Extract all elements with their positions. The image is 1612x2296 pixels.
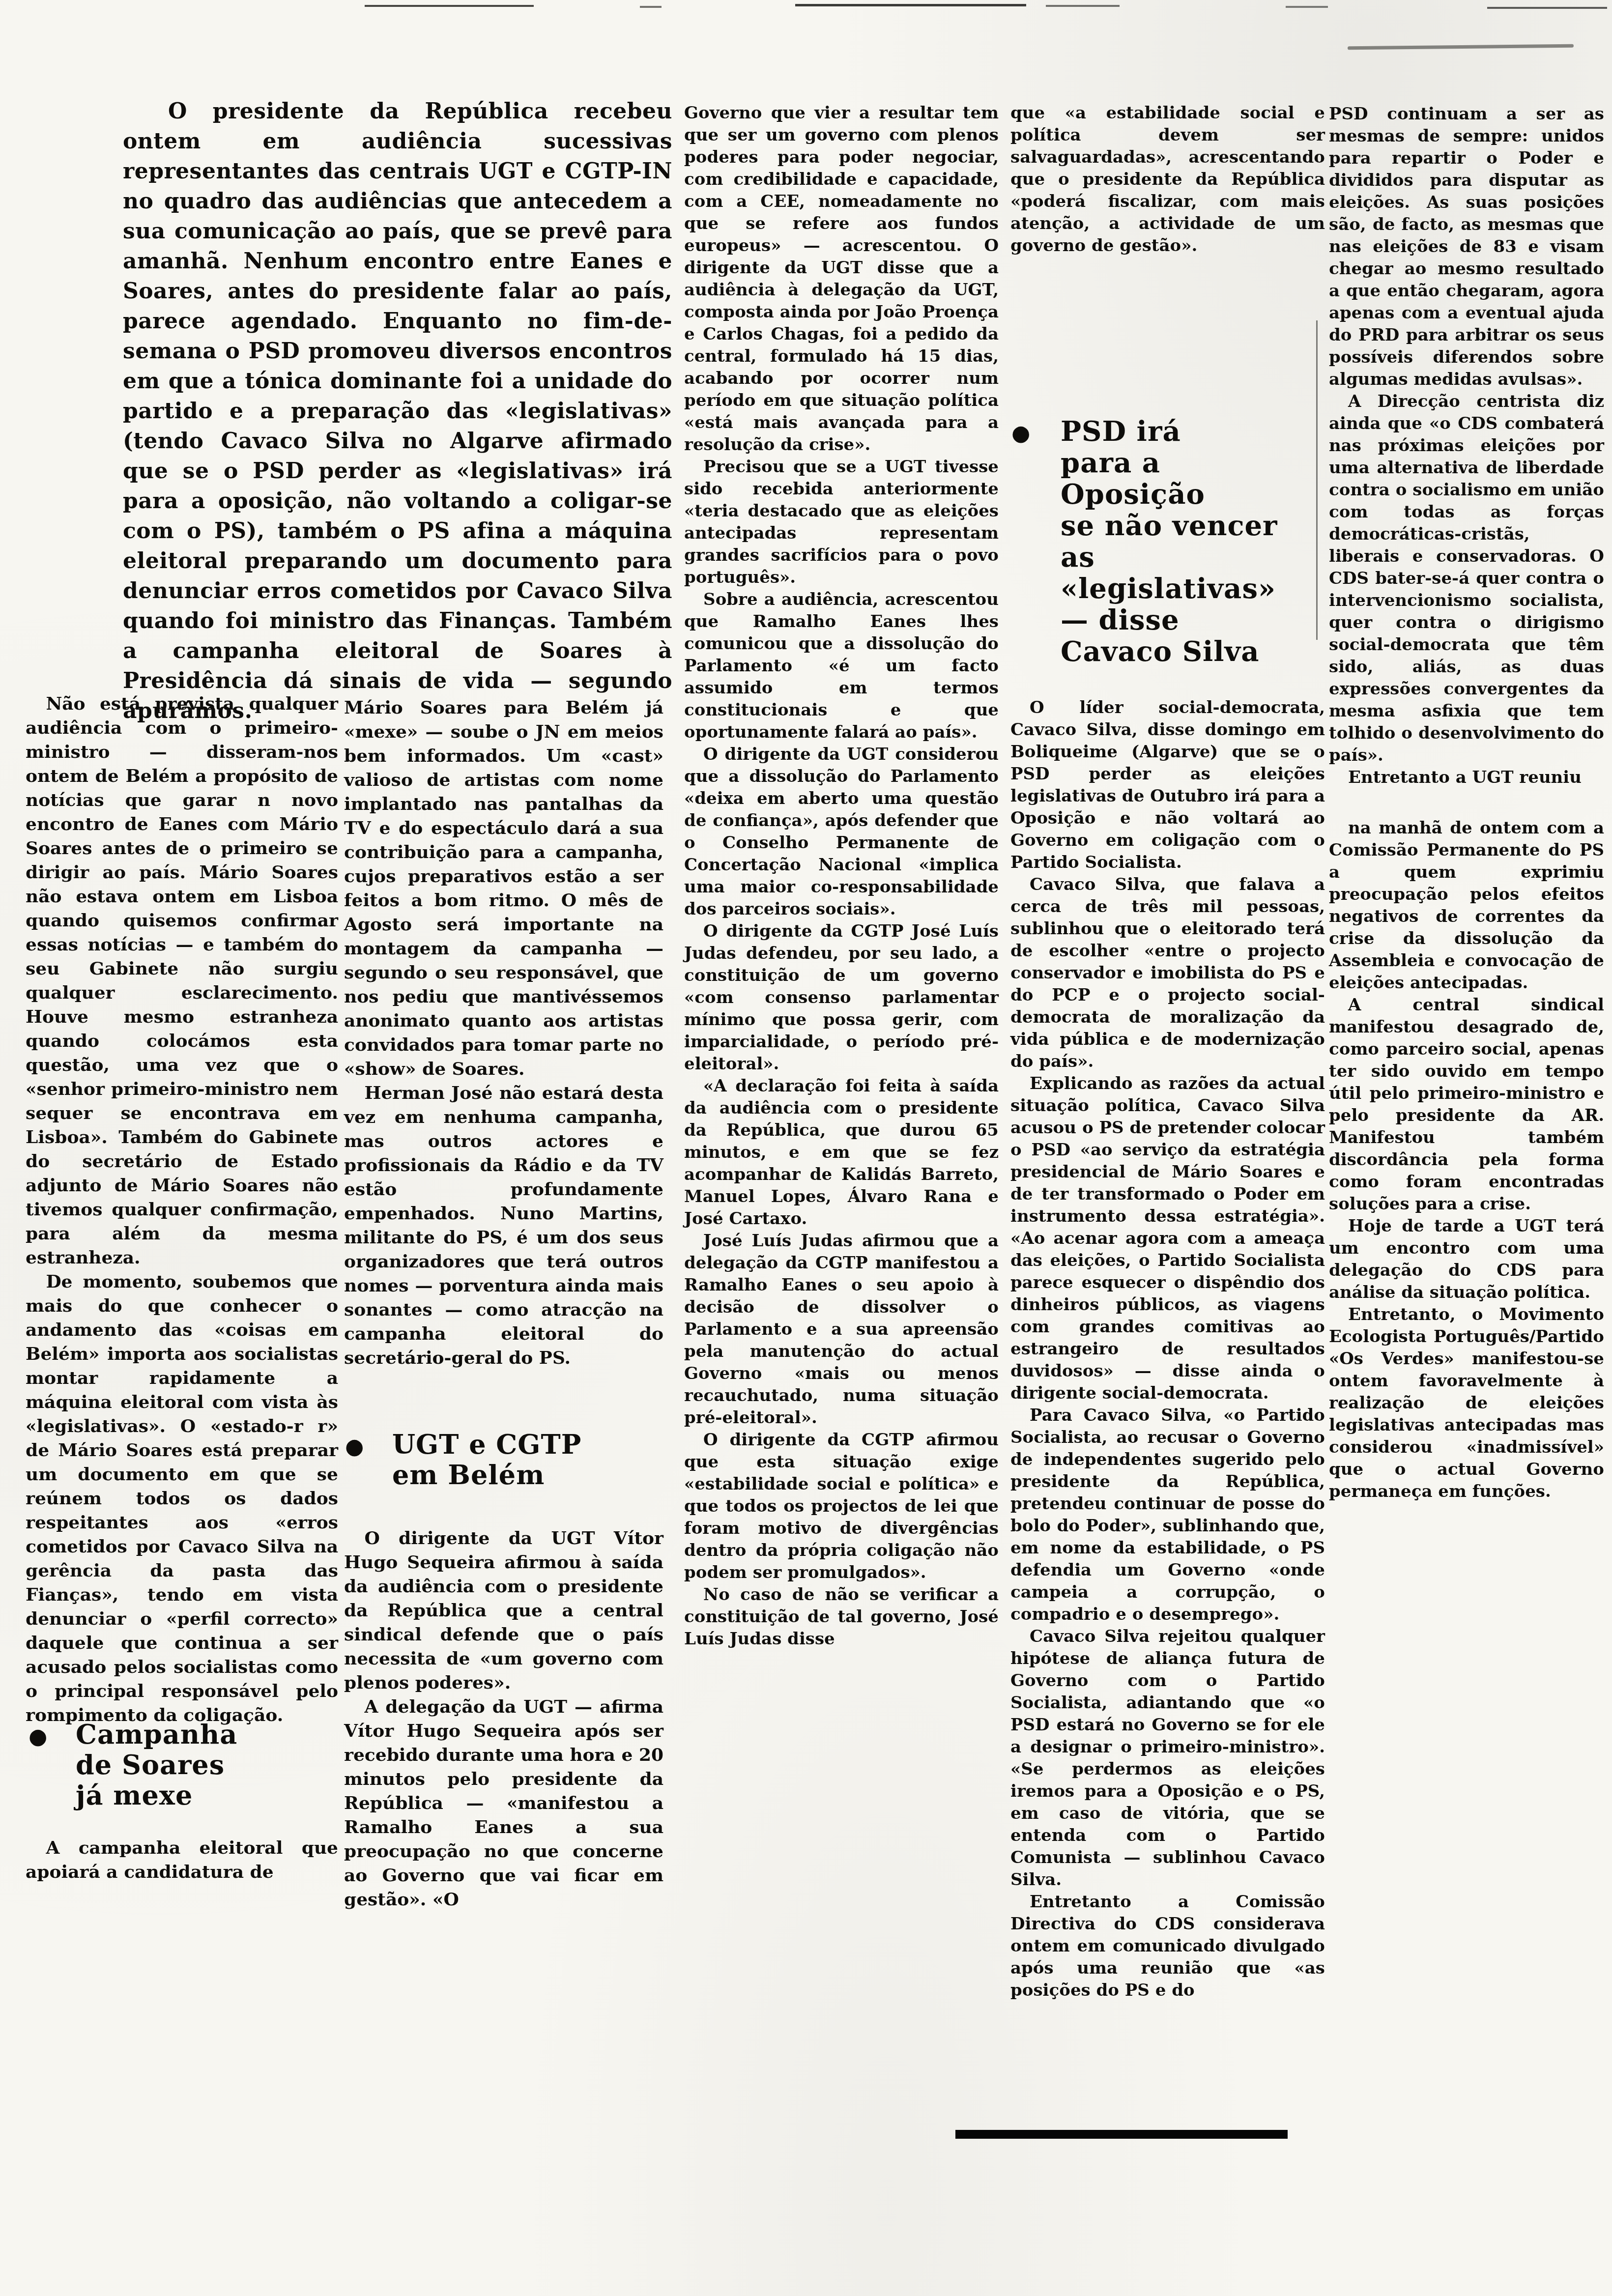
paragraph: José Luís Judas afirmou que a delegação … <box>684 1230 999 1429</box>
paragraph: O dirigente da UGT Vítor Hugo Sequeira a… <box>344 1526 663 1695</box>
paragraph: A campanha eleitoral que apoiará a candi… <box>26 1836 338 1884</box>
headline-ugt-lines: UGT e CGTPem Belém <box>392 1429 581 1490</box>
paragraph: Não está prevista qualquer audiência com… <box>26 692 338 1270</box>
column-2: Mário Soares para Belém já «mexe» — soub… <box>344 696 663 1370</box>
bullet-icon: ● <box>1011 423 1031 444</box>
paragraph: Herman José não estará desta vez em nenh… <box>344 1081 663 1370</box>
paragraph: Oposição <box>1061 479 1278 510</box>
paragraph: A Direcção centrista diz ainda que «o CD… <box>1329 391 1604 767</box>
paragraph: De momento, soubemos que mais do que con… <box>26 1270 338 1727</box>
paragraph: Sobre a audiência, acrescentou que Ramal… <box>684 589 999 744</box>
lead-paragraph: O presidente da República recebeu ontem … <box>123 96 672 726</box>
paragraph: PSD continuam a ser as mesmas de sempre:… <box>1329 103 1604 391</box>
column-5: PSD continuam a ser as mesmas de sempre:… <box>1329 103 1604 1503</box>
paragraph: na manhã de ontem com a Comissão Permane… <box>1329 817 1604 994</box>
paragraph: Cavaco Silva rejeitou qualquer hipótese … <box>1010 1626 1325 1891</box>
ink-bar <box>955 2130 1288 2139</box>
column-rule <box>1316 320 1318 640</box>
column-1-continuation: A campanha eleitoral que apoiará a candi… <box>26 1836 338 1884</box>
crop-mark <box>795 4 1026 6</box>
paragraph: em Belém <box>392 1460 581 1490</box>
column-3: Governo que vier a resultar tem que ser … <box>684 102 999 1650</box>
crop-mark <box>365 5 534 7</box>
bullet-icon: ● <box>345 1436 364 1458</box>
paragraph: Campanha <box>76 1719 237 1750</box>
headline-ugt-e-cgtp-em-belem: ● UGT e CGTPem Belém <box>347 1429 581 1490</box>
paragraph: PSD irá <box>1061 416 1278 447</box>
ink-smudge <box>1348 44 1574 50</box>
paragraph: Entretanto a UGT reuniu <box>1329 767 1604 789</box>
paragraph: Explicando as razões da actual situação … <box>1010 1073 1325 1405</box>
paragraph: se não vencer <box>1061 510 1278 542</box>
paragraph: «A declaração foi feita à saída da audiê… <box>684 1075 999 1230</box>
newspaper-scan-page: { "colors": { "paper": "#f7f6f1", "ink":… <box>0 0 1612 2296</box>
headline-psd-lines: PSD irápara aOposiçãose não venceras«leg… <box>1061 416 1278 667</box>
paragraph: No caso de não se verificar a constituiç… <box>684 1584 999 1650</box>
headline-campanha-de-soares: ● Campanhade Soaresjá mexe <box>30 1719 237 1810</box>
headline-campanha-lines: Campanhade Soaresjá mexe <box>76 1719 237 1810</box>
paragraph: Entretanto, o Movimento Ecologista Portu… <box>1329 1304 1604 1503</box>
paragraph: de Soares <box>76 1750 237 1780</box>
paragraph: Precisou que se a UGT tivesse sido receb… <box>684 456 999 589</box>
paragraph: para a <box>1061 447 1278 479</box>
crop-mark <box>1046 5 1120 7</box>
paragraph: A central sindical manifestou desagrado … <box>1329 994 1604 1215</box>
headline-psd-ira-para-a-oposicao: ● PSD irápara aOposiçãose não venceras«l… <box>1013 416 1278 667</box>
paragraph: O dirigente da CGTP afirmou que esta sit… <box>684 1429 999 1584</box>
paragraph: A delegação da UGT — afirma Vítor Hugo S… <box>344 1695 663 1912</box>
paragraph: Hoje de tarde a UGT terá um encontro com… <box>1329 1215 1604 1304</box>
paragraph: já mexe <box>76 1780 237 1810</box>
paragraph: O dirigente da CGTP José Luís Judas defe… <box>684 920 999 1075</box>
paragraph: que «a estabilidade social e política de… <box>1010 102 1325 257</box>
paragraph: UGT e CGTP <box>392 1429 581 1460</box>
paragraph: Governo que vier a resultar tem que ser … <box>684 102 999 456</box>
column-4: que «a estabilidade social e política de… <box>1010 102 1325 257</box>
column-1: Não está prevista qualquer audiência com… <box>26 692 338 1727</box>
crop-mark <box>1286 6 1328 8</box>
paragraph: as <box>1061 542 1278 573</box>
paragraph: Cavaco Silva <box>1061 636 1278 667</box>
crop-mark <box>1487 7 1607 9</box>
paragraph: O dirigente da UGT considerou que a diss… <box>684 744 999 920</box>
bullet-icon: ● <box>29 1726 48 1748</box>
paragraph: Para Cavaco Silva, «o Partido Socialista… <box>1010 1405 1325 1626</box>
paragraph: Entretanto a Comissão Directiva do CDS c… <box>1010 1891 1325 2002</box>
paragraph: Mário Soares para Belém já «mexe» — soub… <box>344 696 663 1081</box>
paragraph: — disse <box>1061 604 1278 636</box>
crop-mark <box>640 6 662 8</box>
paragraph: Cavaco Silva, que falava a cerca de três… <box>1010 874 1325 1073</box>
paragraph: «legislativas» <box>1061 573 1278 604</box>
column-2-continuation: O dirigente da UGT Vítor Hugo Sequeira a… <box>344 1526 663 1912</box>
column-4-continuation: O líder social-democrata, Cavaco Silva, … <box>1010 697 1325 2002</box>
paragraph: O líder social-democrata, Cavaco Silva, … <box>1010 697 1325 874</box>
